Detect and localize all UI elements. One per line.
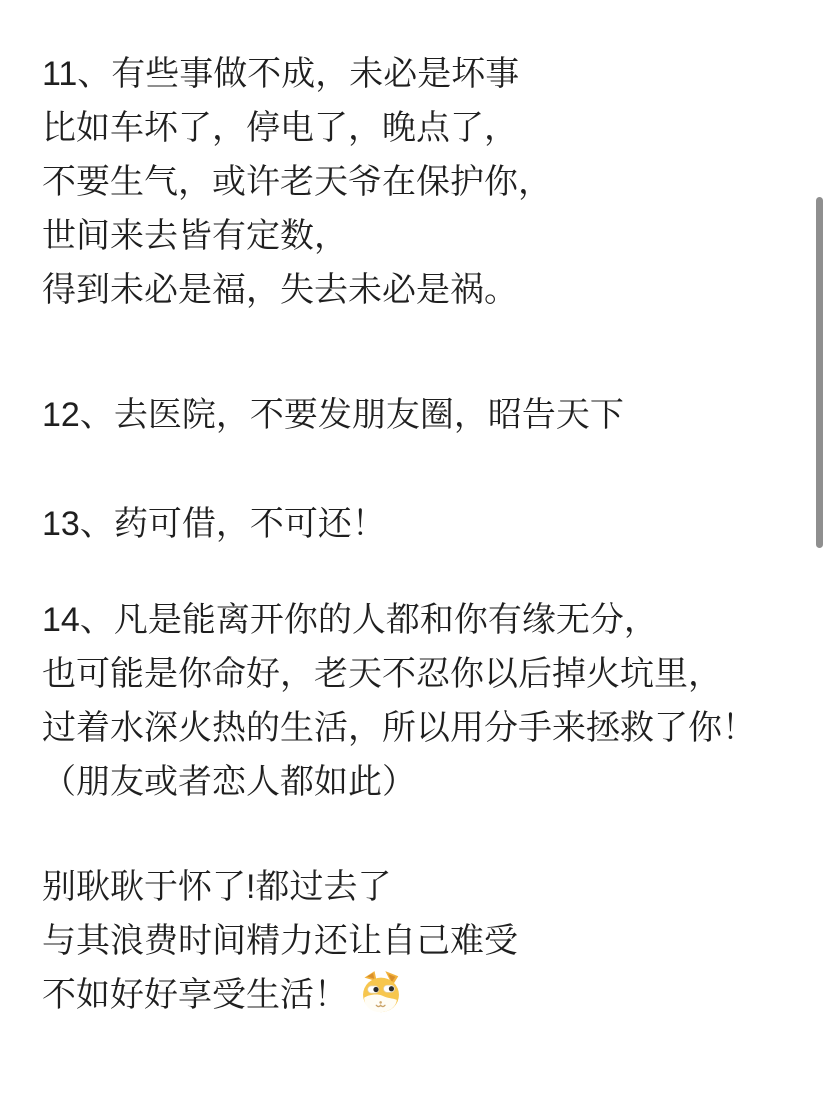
paragraph-12: 12、去医院，不要发朋友圈，昭告天下 (42, 388, 793, 442)
doge-dog-emoji-icon (358, 969, 404, 1015)
text-line: 11、有些事做不成，未必是坏事 (42, 47, 793, 101)
text-line: 世间来去皆有定数， (42, 209, 793, 263)
text-line: 12、去医院，不要发朋友圈，昭告天下 (42, 388, 793, 442)
paragraph-closing: 别耿耿于怀了!都过去了 与其浪费时间精力还让自己难受 不如好好享受生活！ (42, 860, 793, 1022)
scrollbar-thumb[interactable] (816, 197, 823, 548)
text-document-page: 11、有些事做不成，未必是坏事 比如车坏了，停电了，晚点了， 不要生气，或许老天… (0, 0, 823, 1115)
text-line: 13、药可借，不可还！ (42, 497, 793, 551)
paragraph-13: 13、药可借，不可还！ (42, 497, 793, 551)
text-line: 不如好好享受生活！ (42, 976, 348, 1014)
text-line: 过着水深火热的生活，所以用分手来拯救了你！ (42, 701, 793, 755)
text-line: 不要生气，或许老天爷在保护你， (42, 155, 793, 209)
text-line: 与其浪费时间精力还让自己难受 (42, 914, 793, 968)
text-line-with-emoji: 不如好好享受生活！ (42, 968, 793, 1022)
text-line: 比如车坏了，停电了，晚点了， (42, 101, 793, 155)
text-line: 14、凡是能离开你的人都和你有缘无分， (42, 593, 793, 647)
paragraph-11: 11、有些事做不成，未必是坏事 比如车坏了，停电了，晚点了， 不要生气，或许老天… (42, 47, 793, 317)
text-line: （朋友或者恋人都如此） (42, 755, 793, 809)
text-line: 别耿耿于怀了!都过去了 (42, 860, 793, 914)
text-line: 得到未必是福，失去未必是祸。 (42, 263, 793, 317)
paragraph-14: 14、凡是能离开你的人都和你有缘无分， 也可能是你命好，老天不忍你以后掉火坑里，… (42, 593, 793, 809)
text-line: 也可能是你命好，老天不忍你以后掉火坑里， (42, 647, 793, 701)
note-text: 11、有些事做不成，未必是坏事 比如车坏了，停电了，晚点了， 不要生气，或许老天… (0, 0, 823, 1022)
